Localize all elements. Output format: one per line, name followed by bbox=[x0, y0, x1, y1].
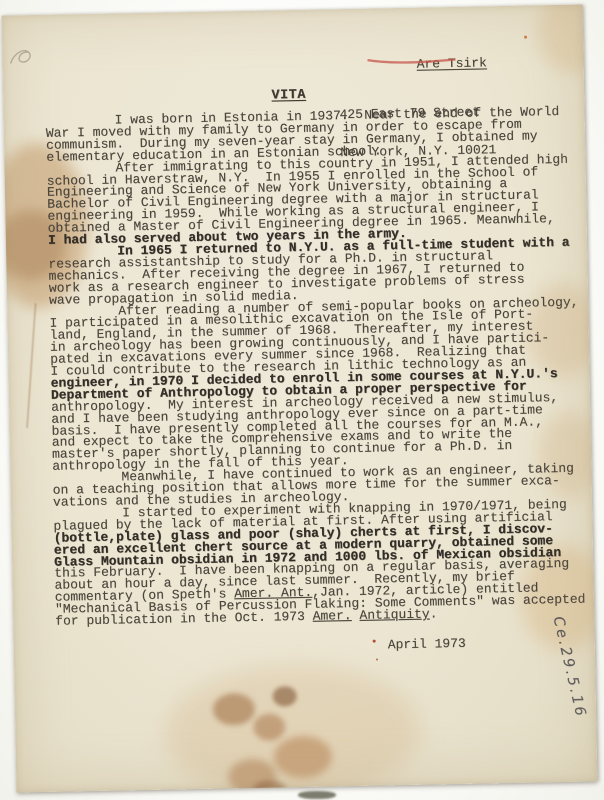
paper-crease bbox=[26, 303, 36, 428]
stain-bottom-wash bbox=[164, 663, 422, 793]
document-date: April 1973 bbox=[388, 636, 466, 652]
stain-bottom-4 bbox=[228, 759, 277, 793]
sender-name: Are Tsirk bbox=[416, 55, 486, 71]
stain-bottom-2 bbox=[253, 713, 286, 741]
stain-top-right bbox=[536, 4, 597, 73]
pencil-scribble bbox=[4, 39, 57, 76]
stain-bottom-5 bbox=[273, 686, 297, 706]
document-page: Are Tsirk 425 East 79 Street New York, N… bbox=[2, 4, 598, 792]
stain-bottom-3 bbox=[273, 735, 332, 778]
speck-red-1 bbox=[373, 640, 376, 643]
scan-background: { "page": { "paper_color": "#ebe5d1", "i… bbox=[0, 0, 604, 800]
speck-orange bbox=[524, 36, 527, 39]
stain-bottom-1 bbox=[213, 693, 256, 726]
scan-artifact-sliver bbox=[298, 791, 336, 799]
archival-annotation: Ce.29.5.16 bbox=[550, 615, 589, 720]
stain-bottom-6 bbox=[252, 780, 286, 792]
speck-red-2 bbox=[376, 659, 378, 661]
document-body: I was born in Estonia in 1937. Near the … bbox=[46, 105, 598, 627]
